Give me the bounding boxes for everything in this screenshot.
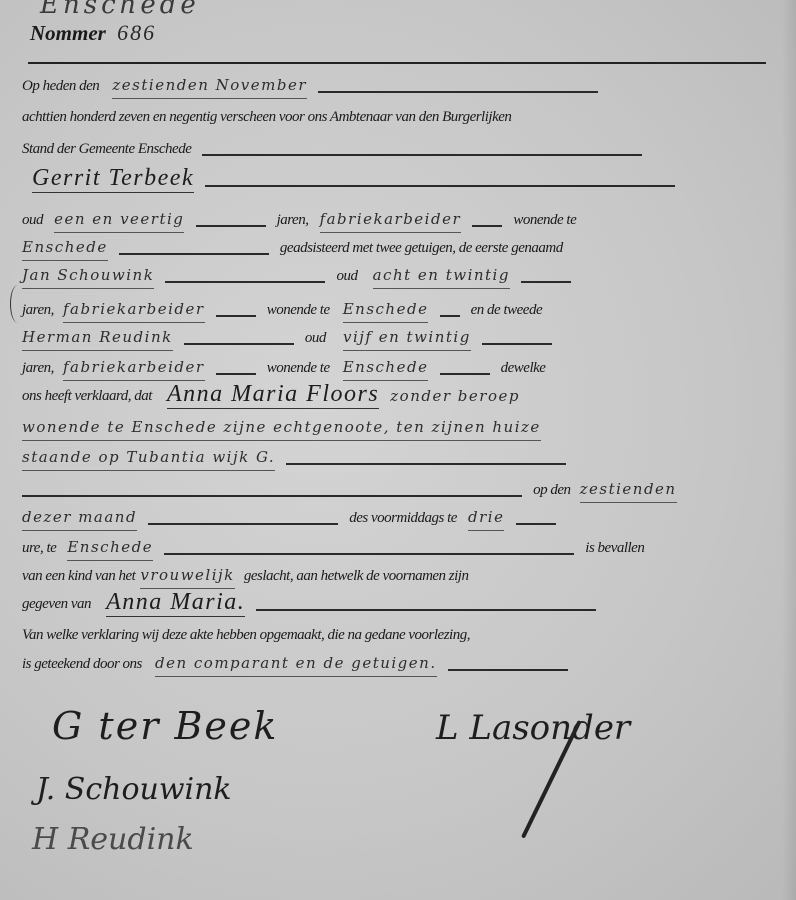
- header-scrawl: Enschede: [40, 0, 200, 20]
- text-line: jaren, fabriekarbeider wonende te Ensche…: [22, 354, 764, 382]
- fill-line: [516, 523, 556, 525]
- printed-text: gegeven van: [22, 591, 91, 617]
- page-edge-shadow: [782, 0, 796, 900]
- fill-line: [256, 609, 596, 611]
- text-line: wonende te Enschede zijne echtgenoote, t…: [22, 414, 764, 442]
- text-line: Van welke verklaring wij deze akte hebbe…: [22, 622, 764, 650]
- text-line: Enschede geadsisteerd met twee getuigen,…: [22, 234, 764, 262]
- handwritten-place: Enschede: [22, 234, 108, 261]
- witness-2-residence: Enschede: [343, 354, 429, 381]
- witness-1-residence: Enschede: [343, 296, 429, 323]
- fill-line: [482, 343, 552, 345]
- text-line: van een kind van het vrouwelijk geslacht…: [22, 562, 764, 590]
- text-line: ure, te Enschede is bevallen: [22, 534, 764, 562]
- fill-line: [184, 343, 294, 345]
- signatories-text: den comparant en de getuigen.: [155, 650, 437, 677]
- handwritten-date: zestienden November: [112, 72, 307, 99]
- text-line: Op heden den zestienden November: [22, 72, 764, 100]
- text-line: Jan Schouwink oud acht en twintig: [22, 262, 764, 290]
- witness-2-name: Herman Reudink: [22, 324, 173, 351]
- fill-line: [119, 253, 269, 255]
- certificate-page: Enschede Nommer 686 Op heden den zestien…: [0, 0, 796, 900]
- declarant-signature: G ter Beek: [52, 704, 278, 748]
- witness-2-signature: H Reudink: [32, 822, 194, 857]
- printed-text: Op heden den: [22, 73, 99, 99]
- printed-text: is geteekend door ons: [22, 651, 142, 677]
- mother-residence: wonende te Enschede zijne echtgenoote, t…: [22, 414, 541, 441]
- text-line: dezer maand des voormiddags te drie: [22, 504, 764, 532]
- certificate-number: Nommer 686: [30, 20, 156, 46]
- printed-text: jaren,: [277, 207, 309, 233]
- fill-line: [318, 91, 598, 93]
- birth-month: dezer maand: [22, 504, 137, 531]
- text-line: jaren, fabriekarbeider wonende te Ensche…: [22, 296, 764, 324]
- birth-place: Enschede: [67, 534, 153, 561]
- printed-text: jaren,: [22, 297, 54, 323]
- printed-text: jaren,: [22, 355, 54, 381]
- fill-line: [521, 281, 571, 283]
- printed-text: dewelke: [501, 355, 546, 381]
- printed-text: Stand der Gemeente Enschede: [22, 136, 191, 162]
- fill-line: [148, 523, 338, 525]
- fill-line: [472, 225, 502, 227]
- text-line: op den zestienden: [22, 476, 764, 504]
- birth-day: zestienden: [580, 476, 677, 503]
- fill-line: [216, 373, 256, 375]
- fill-line: [202, 154, 642, 156]
- number-label: Nommer: [30, 21, 106, 45]
- witness-2-age: vijf en twintig: [343, 324, 471, 351]
- witness-1-age: acht en twintig: [373, 262, 510, 289]
- printed-text: ons heeft verklaard, dat: [22, 383, 152, 409]
- mother-name: Anna Maria Floors: [167, 380, 379, 409]
- text-line: is geteekend door ons den comparant en d…: [22, 650, 764, 678]
- fill-line: [440, 315, 460, 317]
- printed-text: oud: [22, 207, 43, 233]
- birth-hour: drie: [468, 504, 504, 531]
- printed-text: en de tweede: [471, 297, 542, 323]
- printed-text: wonende te: [267, 297, 330, 323]
- printed-text: van een kind van het: [22, 563, 135, 589]
- text-line: achttien honderd zeven en negentig versc…: [22, 104, 764, 132]
- text-line: staande op Tubantia wijk G.: [22, 444, 764, 472]
- printed-text: is bevallen: [585, 535, 644, 561]
- fill-line: [196, 225, 266, 227]
- printed-text: ure, te: [22, 535, 56, 561]
- printed-text: op den: [533, 477, 570, 503]
- witness-1-occupation: fabriekarbeider: [63, 296, 205, 323]
- witness-1-signature: J. Schouwink: [36, 772, 232, 807]
- witness-2-occupation: fabriekarbeider: [63, 354, 205, 381]
- text-line: ons heeft verklaard, dat Anna Maria Floo…: [22, 380, 764, 412]
- fill-line: [164, 553, 574, 555]
- child-name: Anna Maria.: [106, 588, 245, 617]
- text-line: Herman Reudink oud vijf en twintig: [22, 324, 764, 352]
- mother-occupation: zonder beroep: [390, 383, 520, 409]
- child-sex: vrouwelijk: [140, 562, 234, 589]
- fill-line: [205, 185, 675, 187]
- printed-text: geadsisteerd met twee getuigen, de eerst…: [280, 235, 563, 261]
- birth-address: staande op Tubantia wijk G.: [22, 444, 275, 471]
- handwritten-age: een en veertig: [54, 206, 184, 233]
- text-line: Stand der Gemeente Enschede: [22, 136, 764, 164]
- witness-1-name: Jan Schouwink: [22, 262, 154, 289]
- text-line: Gerrit Terbeek: [22, 164, 764, 198]
- text-line: gegeven van Anna Maria.: [22, 588, 764, 620]
- printed-text: des voormiddags te: [349, 505, 457, 531]
- fill-line: [165, 281, 325, 283]
- printed-text: wonende te: [267, 355, 330, 381]
- printed-text: oud: [337, 263, 358, 289]
- printed-text: geslacht, aan hetwelk de voornamen zijn: [244, 563, 469, 589]
- declarant-name: Gerrit Terbeek: [32, 164, 194, 193]
- fill-line: [216, 315, 256, 317]
- number-value: 686: [117, 20, 156, 45]
- printed-text: achttien honderd zeven en negentig versc…: [22, 104, 511, 130]
- header-rule: [28, 62, 766, 64]
- fill-line: [440, 373, 490, 375]
- printed-text: wonende te: [513, 207, 576, 233]
- official-signature: L Lasonder: [436, 708, 630, 748]
- printed-text: Van welke verklaring wij deze akte hebbe…: [22, 622, 470, 648]
- text-line: oud een en veertig jaren, fabriekarbeide…: [22, 206, 764, 234]
- handwritten-occupation: fabriekarbeider: [320, 206, 462, 233]
- fill-line: [286, 463, 566, 465]
- printed-text: oud: [305, 325, 326, 351]
- fill-line: [448, 669, 568, 671]
- fill-line: [22, 495, 522, 497]
